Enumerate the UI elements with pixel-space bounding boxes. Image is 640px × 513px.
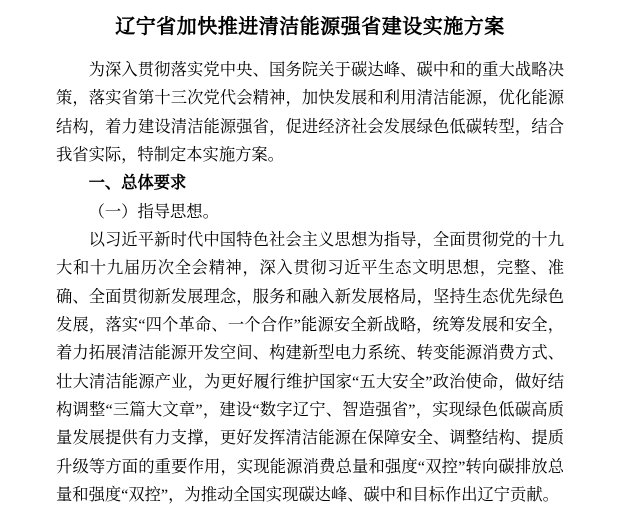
document-title: 辽宁省加快推进清洁能源强省建设实施方案 xyxy=(56,12,564,42)
paragraph-guiding-ideology: 以习近平新时代中国特色社会主义思想为指导，全面贯彻党的十九大和十九届历次全会精神… xyxy=(56,226,564,509)
paragraph-intro: 为深入贯彻落实党中央、国务院关于碳达峰、碳中和的重大战略决策，落实省第十三次党代… xyxy=(56,56,564,169)
subsection-heading-guiding-ideology: （一）指导思想。 xyxy=(56,198,564,226)
document-page: 辽宁省加快推进清洁能源强省建设实施方案 为深入贯彻落实党中央、国务院关于碳达峰、… xyxy=(0,0,640,513)
section-heading-overall-requirements: 一、总体要求 xyxy=(56,169,564,197)
